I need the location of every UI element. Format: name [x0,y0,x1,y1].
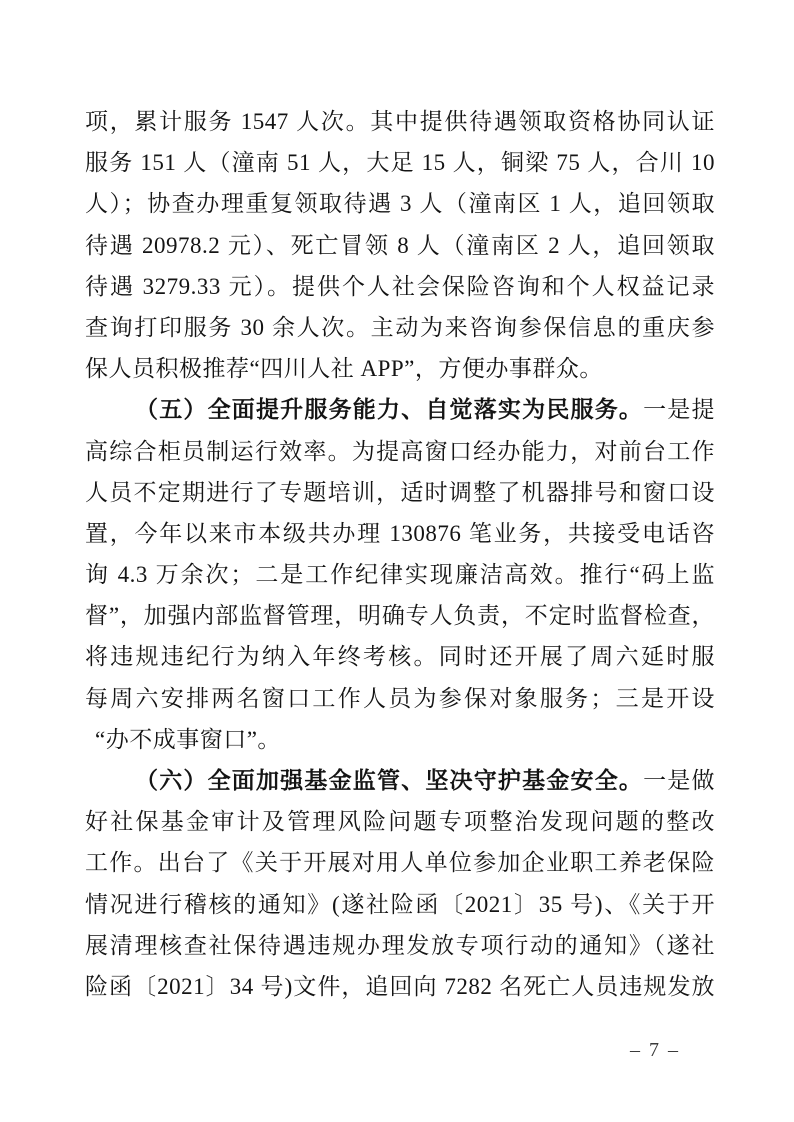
text-line: 展清理核查社保待遇违规办理发放专项行动的通知》（遂社 [85,925,715,966]
line-text: 一是提 [643,397,715,422]
text-line: 服务 151 人（潼南 51 人，大足 15 人，铜梁 75 人，合川 10 [85,142,715,183]
paragraph-start-line-section-6: （六）全面加强基金监管、坚决守护基金安全。一是做 [85,760,715,801]
line-text: 待遇 20978.2 元）、死亡冒领 8 人（潼南区 2 人，追回领取 [85,233,715,258]
text-line: 置，今年以来市本级共办理 130876 笔业务，共接受电话咨 [85,513,715,554]
text-line: 督”，加强内部监督管理，明确专人负责，不定时监督检查， [85,595,715,636]
line-text: 一是做 [643,768,715,793]
line-text: 情况进行稽核的通知》(遂社险函〔2021〕35 号)、《关于开 [85,892,715,917]
text-line: 人）；协查办理重复领取待遇 3 人（潼南区 1 人，追回领取 [85,183,715,224]
text-line: 好社保基金审计及管理风险问题专项整治发现问题的整改 [85,801,715,842]
text-line: 人员不定期进行了专题培训，适时调整了机器排号和窗口设 [85,472,715,513]
line-text: 查询打印服务 30 余人次。主动为来咨询参保信息的重庆参 [85,315,715,340]
line-text: 险函〔2021〕34 号)文件，追回向 7282 名死亡人员违规发放 [85,974,715,999]
text-line: 险函〔2021〕34 号)文件，追回向 7282 名死亡人员违规发放 [85,966,715,1007]
text-line: 情况进行稽核的通知》(遂社险函〔2021〕35 号)、《关于开 [85,884,715,925]
text-line: 将违规违纪行为纳入年终考核。同时还开展了周六延时服务， [85,636,715,677]
line-text: 每周六安排两名窗口工作人员为参保对象服务；三是开设 [85,686,715,711]
text-line: 工作。出台了《关于开展对用人单位参加企业职工养老保险 [85,842,715,883]
line-text: 人员不定期进行了专题培训，适时调整了机器排号和窗口设 [85,480,715,505]
line-text: 人）；协查办理重复领取待遇 3 人（潼南区 1 人，追回领取 [85,191,715,216]
line-text: 将违规违纪行为纳入年终考核。同时还开展了周六延时服务， [85,644,715,677]
text-line: 待遇 20978.2 元）、死亡冒领 8 人（潼南区 2 人，追回领取 [85,225,715,266]
text-line: 查询打印服务 30 余人次。主动为来咨询参保信息的重庆参 [85,307,715,348]
line-text: 置，今年以来市本级共办理 130876 笔业务，共接受电话咨 [85,521,715,546]
line-text: 项，累计服务 1547 人次。其中提供待遇领取资格协同认证 [85,109,715,134]
text-line: 每周六安排两名窗口工作人员为参保对象服务；三是开设 [85,678,715,719]
page-number: – 7 – [610,1038,700,1062]
line-text: 工作。出台了《关于开展对用人单位参加企业职工养老保险 [85,850,715,875]
text-line: 保人员积极推荐“四川人社 APP”，方便办事群众。 [85,348,715,389]
line-text: 服务 151 人（潼南 51 人，大足 15 人，铜梁 75 人，合川 10 [85,150,715,175]
line-text: 好社保基金审计及管理风险问题专项整治发现问题的整改 [85,809,715,834]
text-line: 询 4.3 万余次；二是工作纪律实现廉洁高效。推行“码上监 [85,554,715,595]
paragraph-start-line-section-5: （五）全面提升服务能力、自觉落实为民服务。一是提 [85,389,715,430]
section-heading-5: （五）全面提升服务能力、自觉落实为民服务。 [135,397,643,422]
document-body: 项，累计服务 1547 人次。其中提供待遇领取资格协同认证 服务 151 人（潼… [85,101,715,1007]
line-text: 保人员积极推荐“四川人社 APP”，方便办事群众。 [85,356,603,381]
line-text: “办不成事窗口”。 [95,727,281,752]
line-text: 询 4.3 万余次；二是工作纪律实现廉洁高效。推行“码上监 [85,562,715,587]
text-line: 项，累计服务 1547 人次。其中提供待遇领取资格协同认证 [85,101,715,142]
text-line: “办不成事窗口”。 [85,719,715,760]
line-text: 待遇 3279.33 元）。提供个人社会保险咨询和个人权益记录 [85,274,715,299]
document-page: 项，累计服务 1547 人次。其中提供待遇领取资格协同认证 服务 151 人（潼… [0,0,794,1122]
text-line: 高综合柜员制运行效率。为提高窗口经办能力，对前台工作 [85,431,715,472]
text-line: 待遇 3279.33 元）。提供个人社会保险咨询和个人权益记录 [85,266,715,307]
line-text: 督”，加强内部监督管理，明确专人负责，不定时监督检查， [85,603,715,628]
line-text: 展清理核查社保待遇违规办理发放专项行动的通知》（遂社 [85,933,715,958]
section-heading-6: （六）全面加强基金监管、坚决守护基金安全。 [135,768,643,793]
line-text: 高综合柜员制运行效率。为提高窗口经办能力，对前台工作 [85,439,715,464]
